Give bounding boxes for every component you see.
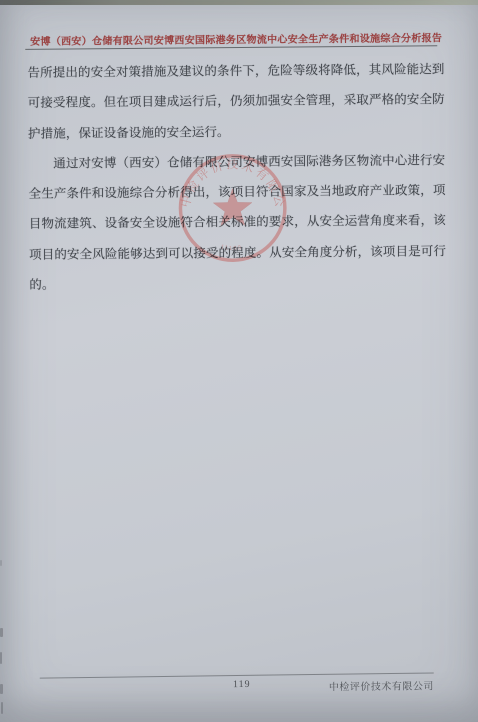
scanned-page-photo: 安博（西安）仓储有限公司安博西安国际港务区物流中心安全生产条件和设施综合分析报告… [0,0,478,722]
paragraph-continuation: 告所提出的安全对策措施及建议的条件下，危险等级将降低，其风险能达到可接受程度。但… [27,54,445,149]
body-text: 告所提出的安全对策措施及建议的条件下，危险等级将降低，其风险能达到可接受程度。但… [27,54,446,300]
paragraph-conclusion: 通过对安博（西安）仓储有限公司安博西安国际港务区物流中心进行安全生产条件和设施综… [28,145,446,300]
document-page: 安博（西安）仓储有限公司安博西安国际港务区物流中心安全生产条件和设施综合分析报告… [0,0,478,722]
footer-company-name: 中检评价技术有限公司 [329,677,434,693]
